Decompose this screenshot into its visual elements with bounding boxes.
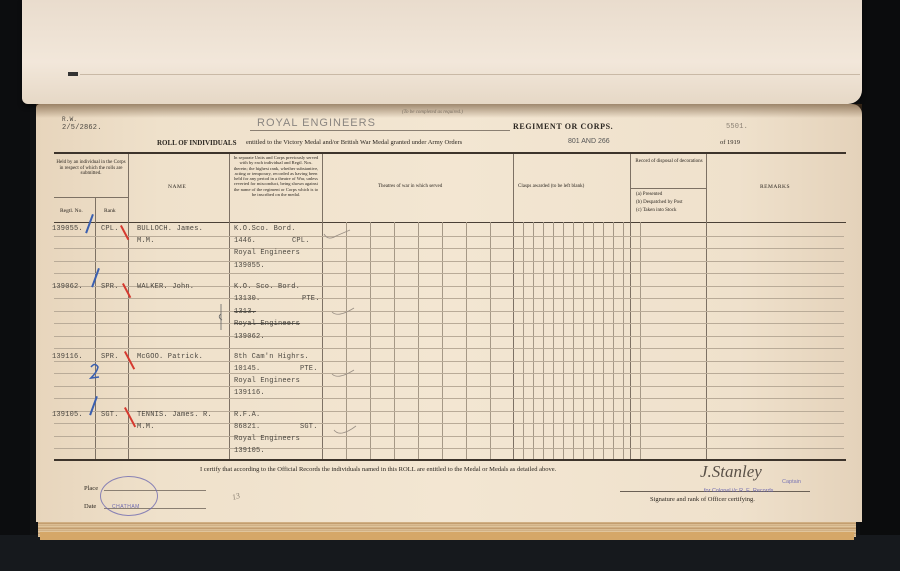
pencil-bracket-mark xyxy=(215,304,227,330)
row-rule xyxy=(54,273,844,274)
unit-rank: PTE. xyxy=(302,295,320,303)
row-rule xyxy=(54,261,844,262)
unit-line-1: 8th Cam'n Highrs. xyxy=(234,353,309,361)
regiment-label: REGIMENT OR CORPS. xyxy=(513,122,613,131)
unit-line-3: Royal Engineers xyxy=(234,435,300,443)
unit-line-2: 86821. xyxy=(234,423,260,431)
corps-underline xyxy=(250,130,510,131)
held-by-subrule xyxy=(54,197,128,198)
unit-line-4-struck: Royal Engineers xyxy=(234,320,300,328)
pencil-tick-mark xyxy=(330,306,356,318)
unit-line-3-struck: 1313. xyxy=(234,308,256,316)
army-orders-number: 801 AND 266 xyxy=(568,138,610,145)
unit-line-3: Royal Engineers xyxy=(234,249,300,257)
unit-line-1: R.F.A. xyxy=(234,411,260,419)
header-previous-units: In separate Units and Corps previously s… xyxy=(232,155,320,197)
header-name: NAME xyxy=(168,184,186,190)
unit-rank: PTE. xyxy=(300,365,318,373)
unit-line-4: 139116. xyxy=(234,389,265,397)
col-divider-disposal xyxy=(706,154,707,459)
disposal-subrule xyxy=(630,188,706,189)
unit-rank: CPL. xyxy=(292,237,310,245)
previous-page-ink-mark xyxy=(68,72,78,76)
table-header-bottom-rule xyxy=(54,222,846,223)
rank: SPR. xyxy=(101,353,119,361)
chatham-stamp xyxy=(100,476,158,516)
row-rule xyxy=(54,398,844,399)
regtl-no: 139116. xyxy=(52,353,83,361)
header-held-by: Held by an individual in the Corps in re… xyxy=(56,160,126,177)
certification-text: I certify that according to the Official… xyxy=(200,466,556,473)
unit-line-4: 139105. xyxy=(234,447,265,455)
signature-rank: Captain xyxy=(782,479,801,485)
soldier-name: McGOO. Patrick. xyxy=(137,353,203,361)
row-rule xyxy=(54,348,844,349)
officer-signature: J.Stanley xyxy=(700,462,762,482)
soldier-name: TENNIS. James. R. xyxy=(137,411,212,419)
unit-rank: SGT. xyxy=(300,423,318,431)
row-rule xyxy=(54,361,844,362)
soldier-name: WALKER. John. xyxy=(137,283,194,291)
row-rule xyxy=(54,423,844,424)
regtl-no: 139062. xyxy=(52,283,83,291)
table-bottom-rule xyxy=(54,459,846,461)
corner-ref-line1: R.W. xyxy=(62,116,77,123)
row-rule xyxy=(54,236,844,237)
pencil-tick-mark xyxy=(332,424,358,438)
date-label: Date xyxy=(84,503,96,510)
signature-title-stamp: for Colonel i/c R. E. Records xyxy=(704,488,773,494)
disposal-option-a: (a) Presented xyxy=(636,192,662,197)
regtl-no: 139055. xyxy=(52,225,83,233)
pencil-tick-mark xyxy=(322,226,352,242)
book-cover-bottom xyxy=(0,535,900,571)
col-divider-units xyxy=(322,154,323,459)
unit-line-2: 1446. xyxy=(234,237,256,245)
row-rule xyxy=(54,448,844,449)
name-suffix: M.M. xyxy=(137,423,155,431)
stamp-text: CHATHAM xyxy=(112,504,140,510)
roll-title-rest: entitled to the Victory Medal and/or Bri… xyxy=(246,139,462,146)
header-theatres: Theatres of war in which served xyxy=(378,184,442,189)
soldier-name: BULLOCH. James. xyxy=(137,225,203,233)
roll-year: of 1919 xyxy=(720,139,740,146)
row-rule xyxy=(54,311,844,312)
previous-page-flap xyxy=(22,0,862,104)
disposal-option-b: (b) Despatched by Post xyxy=(636,200,683,205)
blue-pencil-numeral-2 xyxy=(88,362,102,382)
header-remarks: REMARKS xyxy=(760,184,790,190)
regtl-no: 139105. xyxy=(52,411,83,419)
unit-line-1: K.O.Sco. Bord. xyxy=(234,225,296,233)
unit-line-4: 139055. xyxy=(234,262,265,270)
row-rule xyxy=(54,436,844,437)
row-rule xyxy=(54,386,844,387)
rank: CPL. xyxy=(101,225,119,233)
signature-caption: Signature and rank of Officer certifying… xyxy=(650,496,755,503)
row-rule xyxy=(54,298,844,299)
to-be-completed-note: (To be completed as required.) xyxy=(402,110,463,115)
table-top-rule xyxy=(54,152,846,154)
disposal-option-c: (c) Taken into Stock xyxy=(636,208,677,213)
previous-page-rule xyxy=(80,74,860,75)
name-suffix: M.M. xyxy=(137,237,155,245)
page-edge-base xyxy=(40,532,854,540)
book-binding-right xyxy=(860,0,900,571)
header-regtl-no: Regtl. No. xyxy=(60,208,83,214)
corner-ref-line2: 2/5/2862. xyxy=(62,124,102,132)
col-divider-name xyxy=(229,154,230,459)
rank: SGT. xyxy=(101,411,119,419)
unit-line-5: 139062. xyxy=(234,333,265,341)
header-disposal: Record of disposal of decorations xyxy=(634,158,704,166)
row-rule xyxy=(54,248,844,249)
place-label: Place xyxy=(84,485,98,492)
roll-number: 5501. xyxy=(726,123,748,131)
row-rule xyxy=(54,373,844,374)
row-rule xyxy=(54,323,844,324)
unit-line-3: Royal Engineers xyxy=(234,377,300,385)
unit-line-2: 13130. xyxy=(234,295,260,303)
row-rule xyxy=(54,336,844,337)
rank: SPR. xyxy=(101,283,119,291)
unit-line-1: K.O. Sco. Bord. xyxy=(234,283,300,291)
header-rank: Rank xyxy=(104,208,116,214)
pencil-tick-mark xyxy=(330,368,356,380)
roll-title-prefix: ROLL OF INDIVIDUALS xyxy=(157,139,236,147)
col-divider-clasps xyxy=(630,154,631,459)
unit-line-2: 10145. xyxy=(234,365,260,373)
corps-name: ROYAL ENGINEERS xyxy=(257,117,376,129)
col-divider-theatres xyxy=(513,154,514,459)
header-clasps: Clasps awarded (to be left blank) xyxy=(518,184,584,189)
